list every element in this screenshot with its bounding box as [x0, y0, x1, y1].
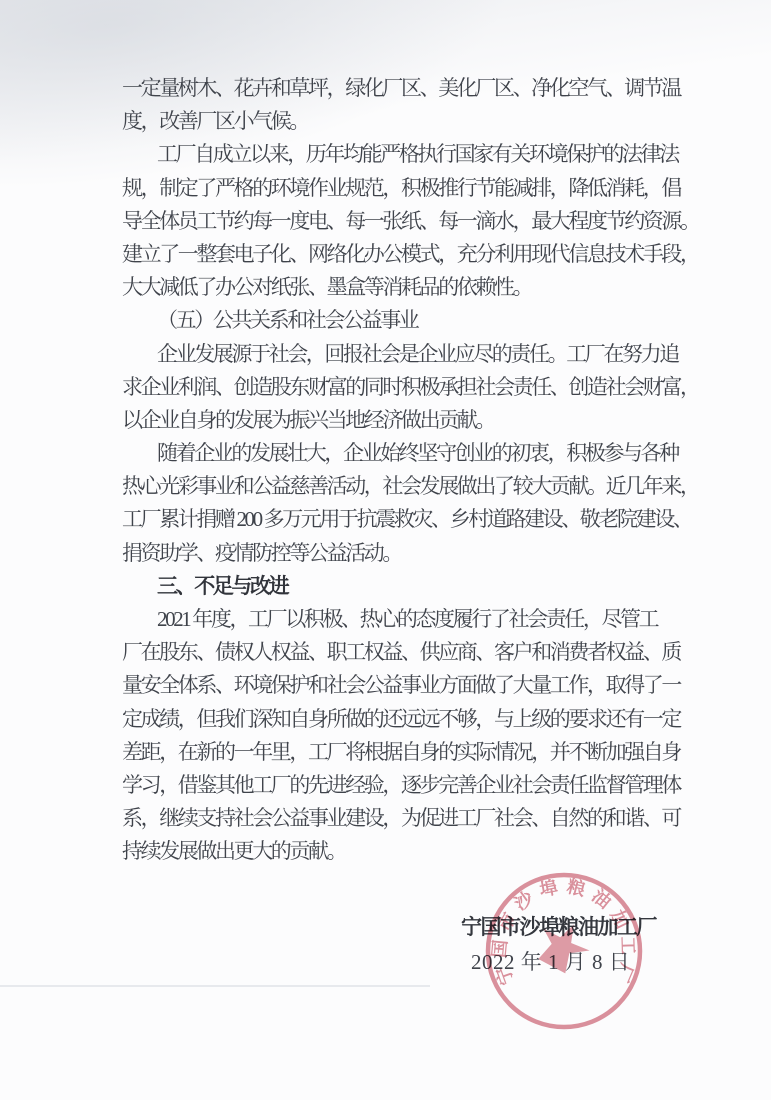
- text-line: 规，制定了严格的环境作业规范，积极推行节能减排，降低消耗，倡: [122, 172, 676, 205]
- text-line: 企业发展源于社会，回报社会是企业应尽的责任。工厂在努力追: [122, 338, 676, 371]
- text-line: 量安全体系、环境保护和社会公益事业方面做了大量工作，取得了一: [122, 669, 676, 702]
- text-line: 工厂累计捐赠 200 多万元用于抗震救灾、乡村道路建设、敬老院建设、: [122, 503, 676, 536]
- section-heading-line: 三、不足与改进: [122, 570, 676, 603]
- seal-star-icon: [537, 920, 594, 977]
- text-line: 以企业自身的发展为振兴当地经济做出贡献。: [122, 404, 676, 437]
- text-line: 度，改善厂区小气候。: [122, 105, 676, 138]
- text-line: （五）公共关系和社会公益事业: [122, 304, 676, 337]
- text-line: 捐资助学、疫情防控等公益活动。: [122, 537, 676, 570]
- seal-ring-text-holder: 宁国市沙埠粮油加工厂: [489, 875, 638, 991]
- scan-fold-line: [0, 985, 430, 987]
- text-line: 差距，在新的一年里，工厂将根据自身的实际情况，并不断加强自身: [122, 736, 676, 769]
- text-line: 导全体员工节约每一度电、每一张纸、每一滴水，最大程度节约资源。: [122, 205, 676, 238]
- text-line: 学习，借鉴其他工厂的先进经验，逐步完善企业社会责任监督管理体: [122, 769, 676, 802]
- scanned-document-page: { "document": { "ink_color": "#3f434b", …: [0, 0, 771, 1100]
- text-line: 系，继续支持社会公益事业建设，为促进工厂社会、自然的和谐、可: [122, 802, 676, 835]
- text-line: 持续发展做出更大的贡献。: [122, 835, 676, 868]
- text-line: 求企业利润、创造股东财富的同时积极承担社会责任、创造社会财富，: [122, 371, 676, 404]
- text-line: 2021 年度，工厂以积极、热心的态度履行了社会责任，尽管工: [122, 603, 676, 636]
- text-line: 建立了一整套电子化、网络化办公模式，充分利用现代信息技术手段，: [122, 238, 676, 271]
- text-line: 定成绩，但我们深知自身所做的还远远不够，与上级的要求还有一定: [122, 703, 676, 736]
- text-line: 工厂自成立以来，历年均能严格执行国家有关环境保护的法律法: [122, 138, 676, 171]
- text-line: 一定量树木、花卉和草坪，绿化厂区、美化厂区、净化空气、调节温: [122, 72, 676, 105]
- text-line: 厂在股东、债权人权益、职工权益、供应商、客户和消费者权益、质: [122, 636, 676, 669]
- text-line: 热心光彩事业和公益慈善活动，社会发展做出了较大贡献。近几年来，: [122, 470, 676, 503]
- text-line: 随着企业的发展壮大，企业始终坚守创业的初衷，积极参与各种: [122, 437, 676, 470]
- seal-ring-text: 宁国市沙埠粮油加工厂: [489, 875, 638, 991]
- text-line: 大大减低了办公对纸张、墨盒等消耗品的依赖性。: [122, 271, 676, 304]
- official-seal: 宁国市沙埠粮油加工厂: [481, 868, 647, 1034]
- text-block: 一定量树木、花卉和草坪，绿化厂区、美化厂区、净化空气、调节温度，改善厂区小气候。…: [122, 72, 676, 869]
